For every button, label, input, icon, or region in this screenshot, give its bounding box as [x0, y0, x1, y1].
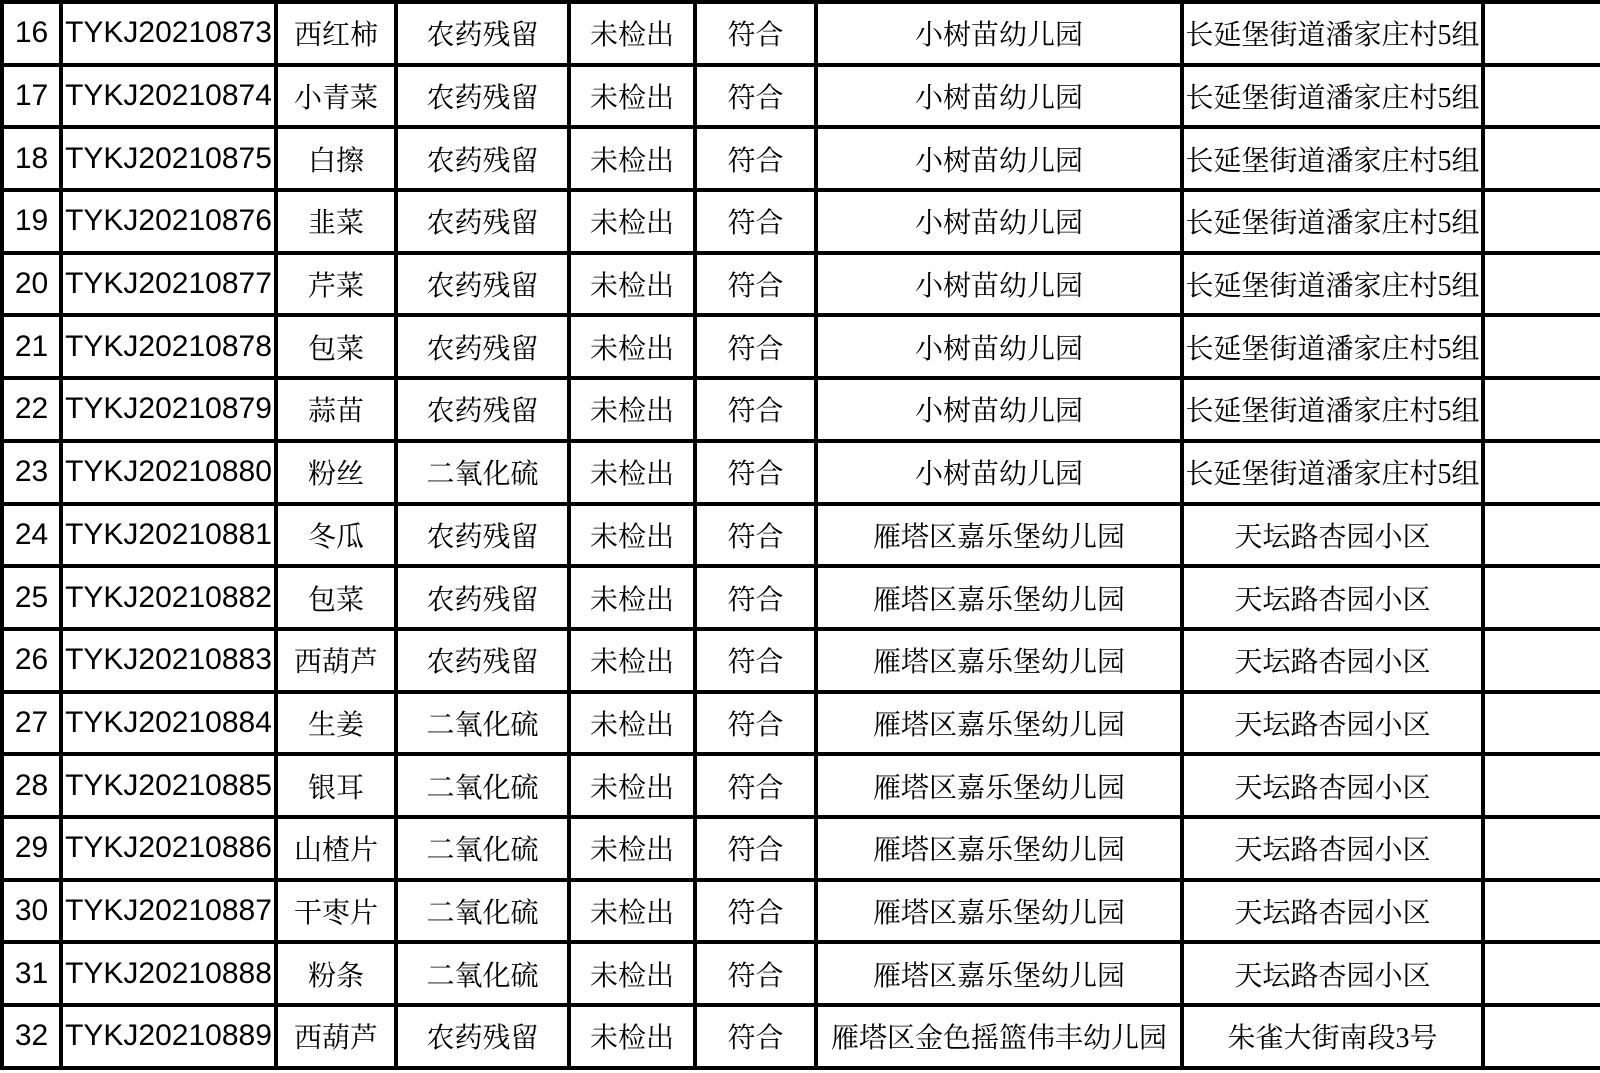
cell-conclusion: 符合 [695, 504, 816, 567]
cell-sampled-unit: 小树苗幼儿园 [816, 65, 1182, 128]
table-row: 29 TYKJ20210886 山楂片 二氧化硫 未检出 符合 雁塔区嘉乐堡幼儿… [2, 817, 1600, 880]
cell-sample-name: 包菜 [276, 315, 396, 378]
cell-conclusion: 符合 [695, 942, 816, 1005]
table-row: 32 TYKJ20210889 西葫芦 农药残留 未检出 符合 雁塔区金色摇篮伟… [2, 1005, 1600, 1068]
cell-test-item: 二氧化硫 [396, 880, 569, 943]
cell-conclusion: 符合 [695, 441, 816, 504]
cell-sampled-unit: 小树苗幼儿园 [816, 2, 1182, 65]
cell-sample-name: 粉条 [276, 942, 396, 1005]
cell-sampled-unit: 小树苗幼儿园 [816, 441, 1182, 504]
cell-sample-name: 芹菜 [276, 253, 396, 316]
cell-row-number: 26 [2, 629, 61, 692]
cell-address: 天坛路杏园小区 [1182, 566, 1483, 629]
cell-sample-name: 山楂片 [276, 817, 396, 880]
cell-remark-empty [1483, 504, 1600, 567]
cell-sampled-unit: 雁塔区金色摇篮伟丰幼儿园 [816, 1005, 1182, 1068]
cell-conclusion: 符合 [695, 378, 816, 441]
table-row: 28 TYKJ20210885 银耳 二氧化硫 未检出 符合 雁塔区嘉乐堡幼儿园… [2, 754, 1600, 817]
cell-row-number: 21 [2, 315, 61, 378]
cell-row-number: 30 [2, 880, 61, 943]
cell-remark-empty [1483, 253, 1600, 316]
cell-row-number: 32 [2, 1005, 61, 1068]
table-row: 20 TYKJ20210877 芹菜 农药残留 未检出 符合 小树苗幼儿园 长延… [2, 253, 1600, 316]
cell-address: 长延堡街道潘家庄村5组 [1182, 2, 1483, 65]
cell-sampled-unit: 小树苗幼儿园 [816, 127, 1182, 190]
cell-result: 未检出 [569, 378, 695, 441]
cell-row-number: 22 [2, 378, 61, 441]
cell-remark-empty [1483, 692, 1600, 755]
cell-remark-empty [1483, 880, 1600, 943]
cell-result: 未检出 [569, 315, 695, 378]
cell-remark-empty [1483, 65, 1600, 128]
cell-result: 未检出 [569, 692, 695, 755]
cell-row-number: 16 [2, 2, 61, 65]
cell-conclusion: 符合 [695, 566, 816, 629]
cell-row-number: 24 [2, 504, 61, 567]
cell-result: 未检出 [569, 566, 695, 629]
cell-conclusion: 符合 [695, 2, 816, 65]
cell-address: 天坛路杏园小区 [1182, 504, 1483, 567]
cell-result: 未检出 [569, 253, 695, 316]
cell-result: 未检出 [569, 127, 695, 190]
cell-conclusion: 符合 [695, 1005, 816, 1068]
cell-sampled-unit: 小树苗幼儿园 [816, 315, 1182, 378]
table-row: 25 TYKJ20210882 包菜 农药残留 未检出 符合 雁塔区嘉乐堡幼儿园… [2, 566, 1600, 629]
cell-row-number: 27 [2, 692, 61, 755]
cell-sample-name: 生姜 [276, 692, 396, 755]
cell-sample-name: 粉丝 [276, 441, 396, 504]
cell-test-item: 农药残留 [396, 65, 569, 128]
cell-result: 未检出 [569, 190, 695, 253]
cell-conclusion: 符合 [695, 754, 816, 817]
cell-sample-name: 西葫芦 [276, 629, 396, 692]
cell-address: 长延堡街道潘家庄村5组 [1182, 65, 1483, 128]
cell-conclusion: 符合 [695, 65, 816, 128]
table-row: 19 TYKJ20210876 韭菜 农药残留 未检出 符合 小树苗幼儿园 长延… [2, 190, 1600, 253]
inspection-results-page: 16 TYKJ20210873 西红柿 农药残留 未检出 符合 小树苗幼儿园 长… [0, 0, 1600, 1073]
cell-sample-id: TYKJ20210887 [61, 880, 276, 943]
cell-remark-empty [1483, 942, 1600, 1005]
cell-sampled-unit: 雁塔区嘉乐堡幼儿园 [816, 504, 1182, 567]
cell-sample-name: 干枣片 [276, 880, 396, 943]
cell-sample-name: 冬瓜 [276, 504, 396, 567]
cell-sample-name: 西葫芦 [276, 1005, 396, 1068]
cell-remark-empty [1483, 315, 1600, 378]
cell-test-item: 农药残留 [396, 190, 569, 253]
cell-sample-name: 包菜 [276, 566, 396, 629]
table-row: 24 TYKJ20210881 冬瓜 农药残留 未检出 符合 雁塔区嘉乐堡幼儿园… [2, 504, 1600, 567]
cell-result: 未检出 [569, 629, 695, 692]
cell-sample-name: 银耳 [276, 754, 396, 817]
cell-test-item: 农药残留 [396, 566, 569, 629]
cell-address: 天坛路杏园小区 [1182, 817, 1483, 880]
cell-row-number: 31 [2, 942, 61, 1005]
cell-result: 未检出 [569, 754, 695, 817]
table-row: 31 TYKJ20210888 粉条 二氧化硫 未检出 符合 雁塔区嘉乐堡幼儿园… [2, 942, 1600, 1005]
cell-row-number: 20 [2, 253, 61, 316]
cell-conclusion: 符合 [695, 253, 816, 316]
cell-conclusion: 符合 [695, 315, 816, 378]
cell-remark-empty [1483, 2, 1600, 65]
cell-remark-empty [1483, 190, 1600, 253]
cell-result: 未检出 [569, 65, 695, 128]
cell-sampled-unit: 雁塔区嘉乐堡幼儿园 [816, 629, 1182, 692]
table-row: 18 TYKJ20210875 白擦 农药残留 未检出 符合 小树苗幼儿园 长延… [2, 127, 1600, 190]
cell-address: 长延堡街道潘家庄村5组 [1182, 127, 1483, 190]
cell-sample-id: TYKJ20210889 [61, 1005, 276, 1068]
cell-sample-id: TYKJ20210881 [61, 504, 276, 567]
cell-test-item: 农药残留 [396, 1005, 569, 1068]
cell-sample-name: 韭菜 [276, 190, 396, 253]
cell-sampled-unit: 小树苗幼儿园 [816, 378, 1182, 441]
cell-test-item: 二氧化硫 [396, 692, 569, 755]
cell-conclusion: 符合 [695, 817, 816, 880]
cell-address: 天坛路杏园小区 [1182, 629, 1483, 692]
cell-conclusion: 符合 [695, 127, 816, 190]
cell-sampled-unit: 雁塔区嘉乐堡幼儿园 [816, 817, 1182, 880]
cell-address: 天坛路杏园小区 [1182, 692, 1483, 755]
cell-test-item: 农药残留 [396, 127, 569, 190]
cell-sampled-unit: 小树苗幼儿园 [816, 190, 1182, 253]
cell-result: 未检出 [569, 2, 695, 65]
inspection-results-table: 16 TYKJ20210873 西红柿 农药残留 未检出 符合 小树苗幼儿园 长… [0, 0, 1600, 1070]
cell-sample-id: TYKJ20210874 [61, 65, 276, 128]
cell-result: 未检出 [569, 942, 695, 1005]
cell-conclusion: 符合 [695, 880, 816, 943]
cell-remark-empty [1483, 378, 1600, 441]
cell-sample-id: TYKJ20210882 [61, 566, 276, 629]
cell-address: 长延堡街道潘家庄村5组 [1182, 190, 1483, 253]
cell-sampled-unit: 雁塔区嘉乐堡幼儿园 [816, 942, 1182, 1005]
table-row: 21 TYKJ20210878 包菜 农药残留 未检出 符合 小树苗幼儿园 长延… [2, 315, 1600, 378]
cell-sample-id: TYKJ20210888 [61, 942, 276, 1005]
cell-address: 长延堡街道潘家庄村5组 [1182, 253, 1483, 316]
cell-address: 长延堡街道潘家庄村5组 [1182, 315, 1483, 378]
cell-sample-id: TYKJ20210875 [61, 127, 276, 190]
cell-remark-empty [1483, 1005, 1600, 1068]
cell-result: 未检出 [569, 880, 695, 943]
table-row: 26 TYKJ20210883 西葫芦 农药残留 未检出 符合 雁塔区嘉乐堡幼儿… [2, 629, 1600, 692]
cell-remark-empty [1483, 754, 1600, 817]
cell-test-item: 农药残留 [396, 2, 569, 65]
cell-test-item: 农药残留 [396, 378, 569, 441]
cell-sample-id: TYKJ20210877 [61, 253, 276, 316]
cell-address: 朱雀大街南段3号 [1182, 1005, 1483, 1068]
cell-sample-id: TYKJ20210873 [61, 2, 276, 65]
cell-row-number: 23 [2, 441, 61, 504]
cell-sampled-unit: 雁塔区嘉乐堡幼儿园 [816, 566, 1182, 629]
cell-sample-name: 小青菜 [276, 65, 396, 128]
cell-result: 未检出 [569, 817, 695, 880]
cell-sample-name: 西红柿 [276, 2, 396, 65]
table-row: 27 TYKJ20210884 生姜 二氧化硫 未检出 符合 雁塔区嘉乐堡幼儿园… [2, 692, 1600, 755]
cell-sampled-unit: 雁塔区嘉乐堡幼儿园 [816, 880, 1182, 943]
cell-sampled-unit: 小树苗幼儿园 [816, 253, 1182, 316]
cell-test-item: 农药残留 [396, 315, 569, 378]
cell-remark-empty [1483, 127, 1600, 190]
cell-sampled-unit: 雁塔区嘉乐堡幼儿园 [816, 692, 1182, 755]
cell-result: 未检出 [569, 504, 695, 567]
table-row: 22 TYKJ20210879 蒜苗 农药残留 未检出 符合 小树苗幼儿园 长延… [2, 378, 1600, 441]
cell-conclusion: 符合 [695, 692, 816, 755]
cell-test-item: 农药残留 [396, 629, 569, 692]
cell-sample-name: 蒜苗 [276, 378, 396, 441]
cell-test-item: 二氧化硫 [396, 942, 569, 1005]
cell-conclusion: 符合 [695, 629, 816, 692]
cell-row-number: 17 [2, 65, 61, 128]
cell-sample-id: TYKJ20210886 [61, 817, 276, 880]
cell-address: 天坛路杏园小区 [1182, 880, 1483, 943]
cell-sample-name: 白擦 [276, 127, 396, 190]
table-row: 17 TYKJ20210874 小青菜 农药残留 未检出 符合 小树苗幼儿园 长… [2, 65, 1600, 128]
cell-sample-id: TYKJ20210880 [61, 441, 276, 504]
cell-conclusion: 符合 [695, 190, 816, 253]
cell-sample-id: TYKJ20210878 [61, 315, 276, 378]
table-row: 30 TYKJ20210887 干枣片 二氧化硫 未检出 符合 雁塔区嘉乐堡幼儿… [2, 880, 1600, 943]
cell-row-number: 19 [2, 190, 61, 253]
cell-address: 长延堡街道潘家庄村5组 [1182, 441, 1483, 504]
table-row: 16 TYKJ20210873 西红柿 农药残留 未检出 符合 小树苗幼儿园 长… [2, 2, 1600, 65]
cell-sample-id: TYKJ20210883 [61, 629, 276, 692]
cell-row-number: 18 [2, 127, 61, 190]
cell-sample-id: TYKJ20210876 [61, 190, 276, 253]
cell-sample-id: TYKJ20210884 [61, 692, 276, 755]
cell-address: 天坛路杏园小区 [1182, 942, 1483, 1005]
cell-result: 未检出 [569, 1005, 695, 1068]
cell-remark-empty [1483, 566, 1600, 629]
table-body: 16 TYKJ20210873 西红柿 农药残留 未检出 符合 小树苗幼儿园 长… [2, 2, 1600, 1068]
cell-remark-empty [1483, 441, 1600, 504]
cell-test-item: 二氧化硫 [396, 817, 569, 880]
cell-test-item: 农药残留 [396, 253, 569, 316]
cell-test-item: 二氧化硫 [396, 754, 569, 817]
cell-sample-id: TYKJ20210885 [61, 754, 276, 817]
cell-row-number: 25 [2, 566, 61, 629]
cell-sampled-unit: 雁塔区嘉乐堡幼儿园 [816, 754, 1182, 817]
cell-sample-id: TYKJ20210879 [61, 378, 276, 441]
cell-test-item: 二氧化硫 [396, 441, 569, 504]
cell-address: 长延堡街道潘家庄村5组 [1182, 378, 1483, 441]
cell-test-item: 农药残留 [396, 504, 569, 567]
cell-result: 未检出 [569, 441, 695, 504]
cell-row-number: 28 [2, 754, 61, 817]
cell-remark-empty [1483, 817, 1600, 880]
cell-remark-empty [1483, 629, 1600, 692]
cell-address: 天坛路杏园小区 [1182, 754, 1483, 817]
cell-row-number: 29 [2, 817, 61, 880]
table-row: 23 TYKJ20210880 粉丝 二氧化硫 未检出 符合 小树苗幼儿园 长延… [2, 441, 1600, 504]
